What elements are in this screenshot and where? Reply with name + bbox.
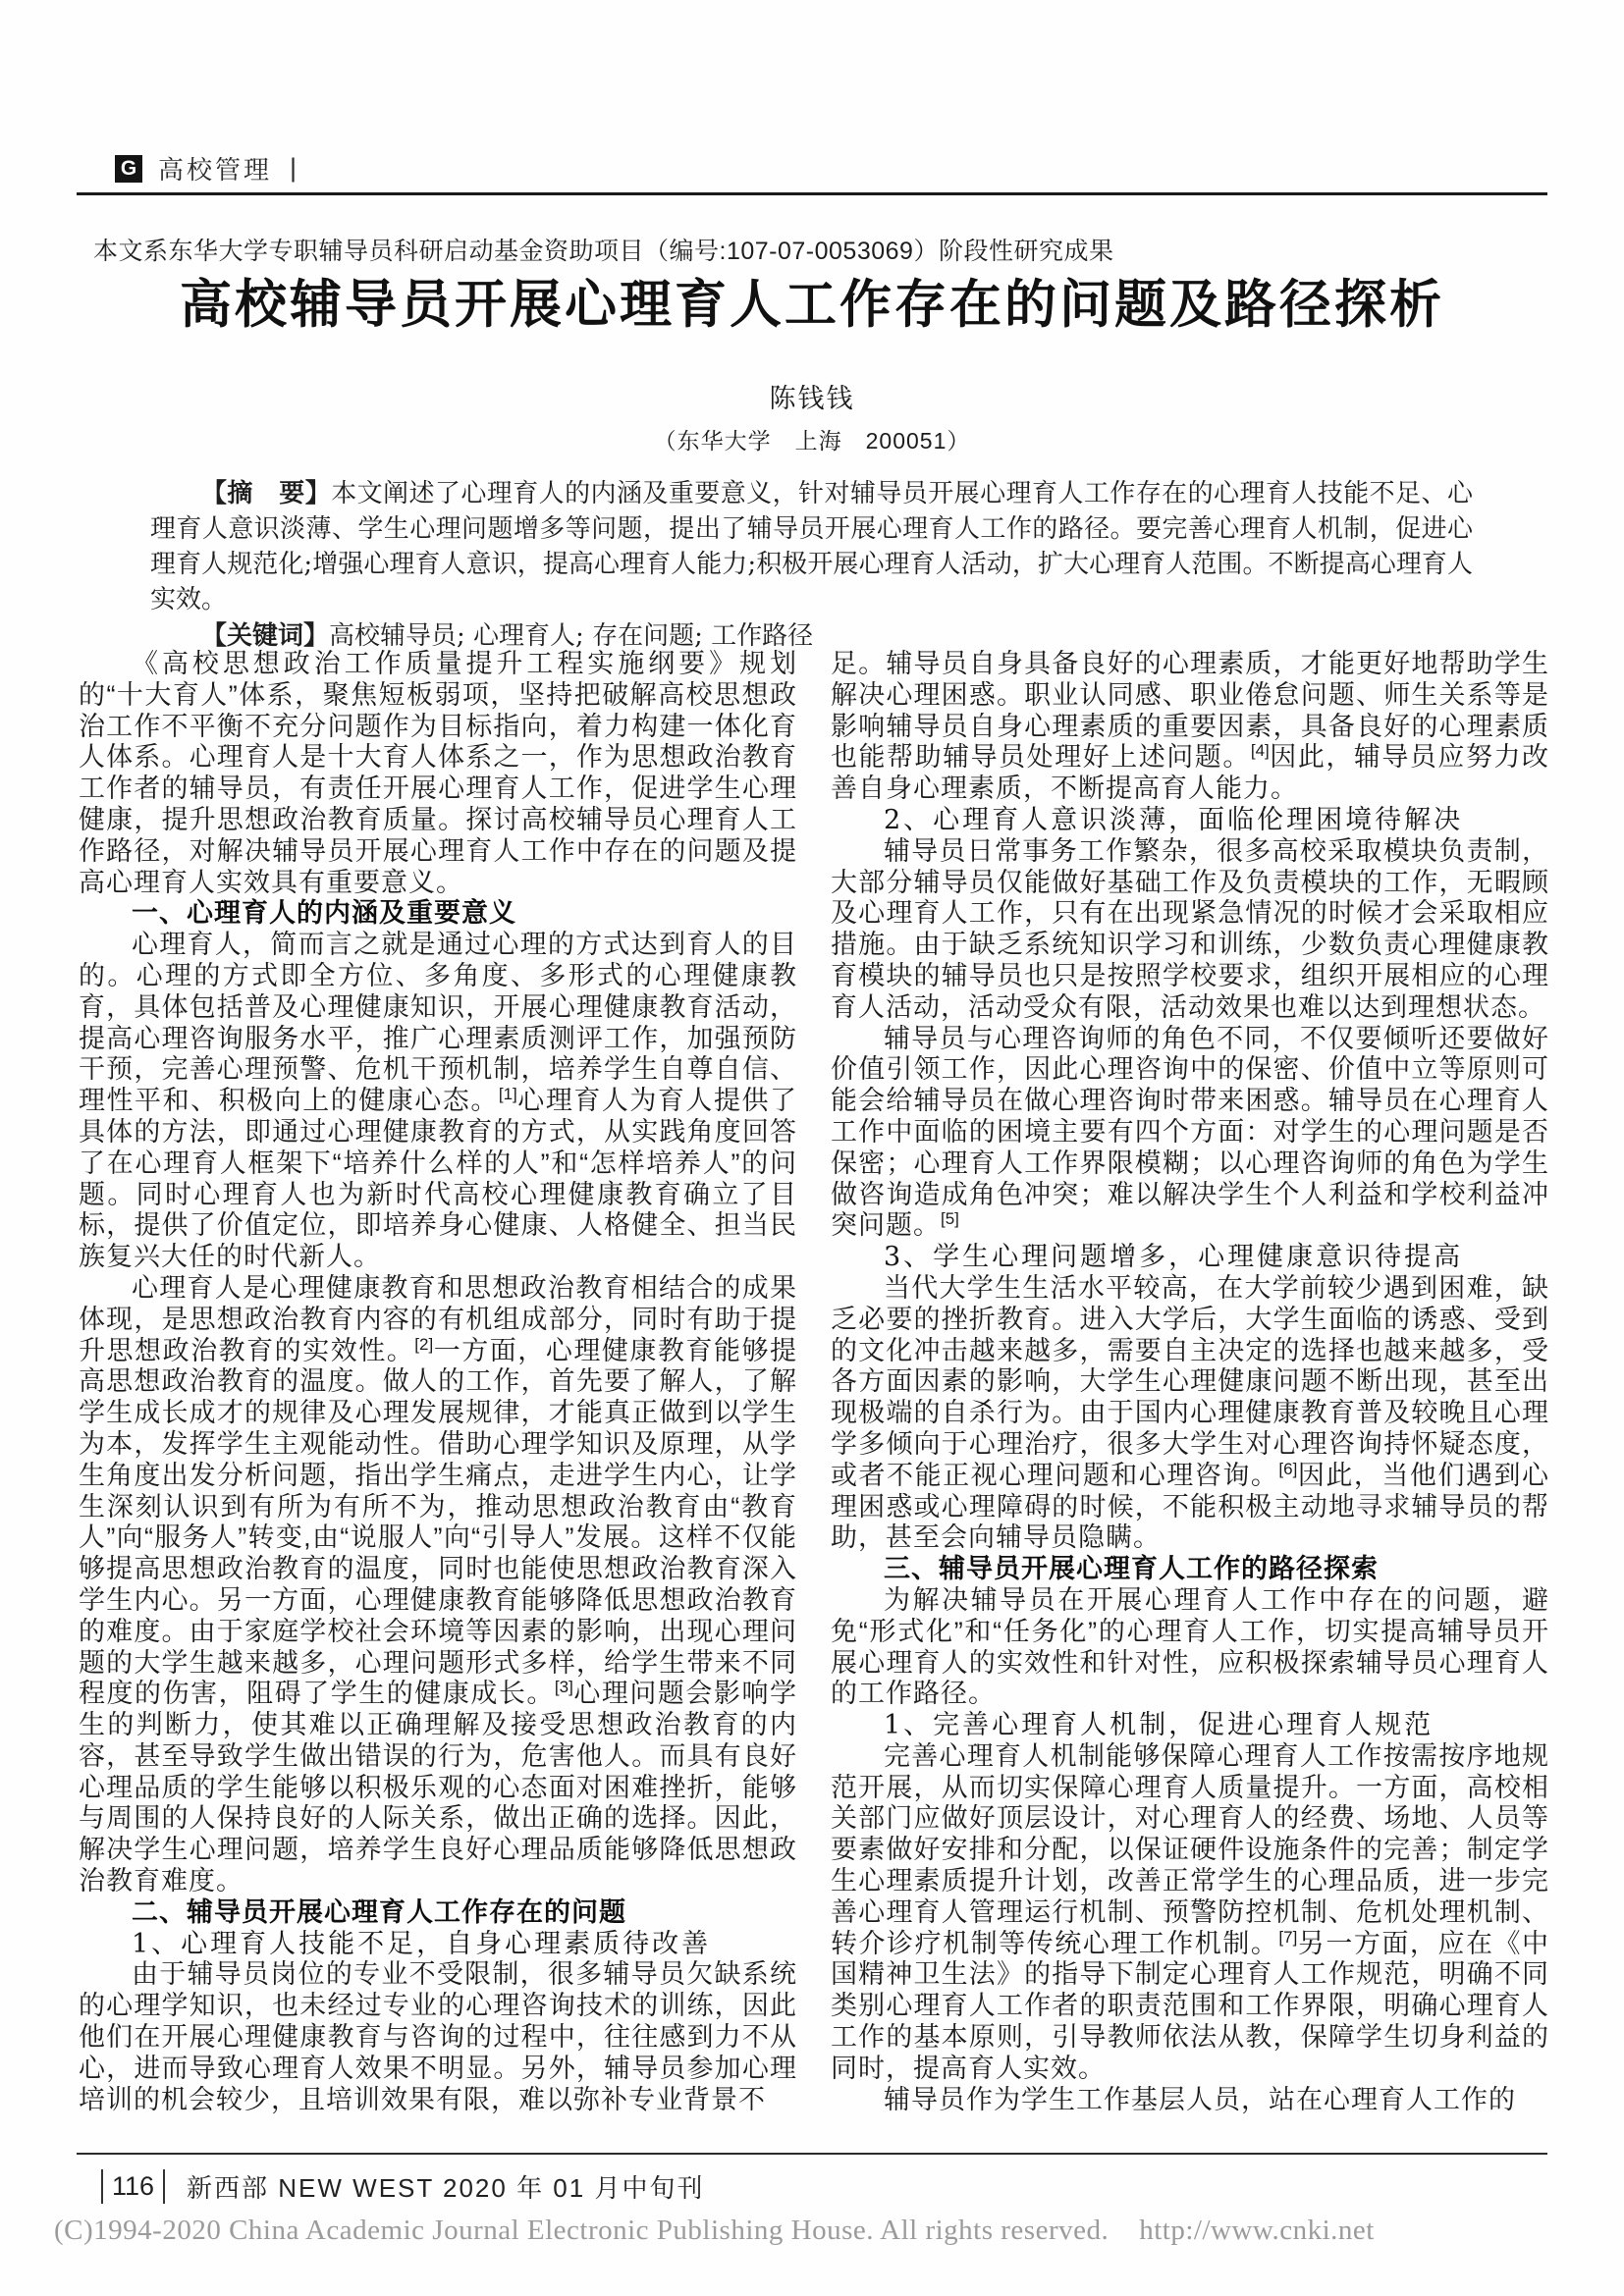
body-columns: 《高校思想政治工作质量提升工程实施纲要》规划的“十大育人”体系，聚焦短板弱项，坚… [79,649,1549,2115]
journal-issue-line: 新西部 NEW WEST 2020 年 01 月中旬刊 [187,2168,704,2205]
page-header: G 高校管理 | [115,150,297,187]
sub-heading: 1、心理育人技能不足，自身心理素质待改善 [79,1929,797,1960]
section-heading: 二、辅导员开展心理育人工作存在的问题 [79,1897,797,1929]
body-paragraph: 当代大学生生活水平较高，在大学前较少遇到困难，缺乏必要的挫折教育。进入大学后，大… [831,1273,1549,1554]
right-column: 足。辅导员自身具备良好的心理素质，才能更好地帮助学生解决心理困惑。职业认同感、职… [831,649,1549,2115]
cnki-copyright-line: (C)1994-2020 China Academic Journal Elec… [54,2215,1375,2247]
body-paragraph: 辅导员日常事务工作繁杂，很多高校采取模块负责制，大部分辅导员仅能做好基础工作及负… [831,836,1549,1024]
abstract-block: 【摘 要】本文阐述了心理育人的内涵及重要意义，针对辅导员开展心理育人工作存在的心… [150,475,1473,654]
author-affiliation: （东华大学 上海 200051） [0,423,1624,455]
page-footer: 116 新西部 NEW WEST 2020 年 01 月中旬刊 [101,2168,704,2205]
citation-ref: [7] [1278,1928,1297,1947]
category-badge: G [115,155,142,183]
body-paragraph: 辅导员与心理咨询师的角色不同，不仅要倾听还要做好价值引领工作，因此心理咨询中的保… [831,1024,1549,1243]
body-paragraph: 为解决辅导员在开展心理育人工作中存在的问题，避免“形式化”和“任务化”的心理育人… [831,1585,1549,1710]
citation-ref: [1] [499,1085,517,1103]
body-paragraph: 心理育人是心理健康教育和思想政治教育相结合的成果体现，是思想政治教育内容的有机组… [79,1273,797,1897]
body-paragraph: 心理育人，简而言之就是通过心理的方式达到育人的目的。心理的方式即全方位、多角度、… [79,930,797,1273]
body-paragraph: 《高校思想政治工作质量提升工程实施纲要》规划的“十大育人”体系，聚焦短板弱项，坚… [79,649,797,898]
citation-ref: [4] [1251,741,1270,760]
section-heading: 一、心理育人的内涵及重要意义 [79,898,797,930]
left-column: 《高校思想政治工作质量提升工程实施纲要》规划的“十大育人”体系，聚焦短板弱项，坚… [79,649,797,2115]
sub-heading: 3、学生心理问题增多，心理健康意识待提高 [831,1242,1549,1273]
body-paragraph: 辅导员作为学生工作基层人员，站在心理育人工作的 [831,2085,1549,2116]
category-label: 高校管理 [158,150,272,187]
citation-ref: [2] [414,1335,433,1354]
body-paragraph: 由于辅导员岗位的专业不受限制，很多辅导员欠缺系统的心理学知识，也未经过专业的心理… [79,1959,797,2115]
page-number: 116 [101,2169,165,2204]
header-divider-rule [77,192,1547,195]
sub-heading: 1、完善心理育人机制，促进心理育人规范 [831,1710,1549,1741]
funding-note: 本文系东华大学专职辅导员科研启动基金资助项目（编号:107-07-0053069… [93,232,1113,267]
category-initial: G [121,157,136,181]
abstract-label: 【摘 要】 [201,478,331,507]
header-separator-bar: | [290,153,297,184]
body-paragraph: 完善心理育人机制能够保障心理育人工作按需按序地规范开展，从而切实保障心理育人质量… [831,1741,1549,2085]
author-name: 陈钱钱 [0,377,1624,415]
citation-ref: [6] [1278,1460,1297,1478]
body-paragraph: 足。辅导员自身具备良好的心理素质，才能更好地帮助学生解决心理困惑。职业认同感、职… [831,649,1549,805]
citation-ref: [3] [555,1678,573,1696]
keywords-label: 【关键词】 [201,620,329,650]
abstract-text: 本文阐述了心理育人的内涵及重要意义，针对辅导员开展心理育人工作存在的心理育人技能… [150,479,1473,614]
sub-heading: 2、心理育人意识淡薄，面临伦理困境待解决 [831,805,1549,836]
abstract-paragraph: 【摘 要】本文阐述了心理育人的内涵及重要意义，针对辅导员开展心理育人工作存在的心… [150,475,1473,617]
citation-ref: [5] [941,1209,959,1228]
section-heading: 三、辅导员开展心理育人工作的路径探索 [831,1554,1549,1585]
article-title: 高校辅导员开展心理育人工作存在的问题及路径探析 [0,263,1624,338]
keywords-text: 高校辅导员; 心理育人; 存在问题; 工作路径 [329,621,813,651]
footer-divider-rule [77,2153,1547,2155]
journal-page: G 高校管理 | 本文系东华大学专职辅导员科研启动基金资助项目（编号:107-0… [0,0,1624,2296]
